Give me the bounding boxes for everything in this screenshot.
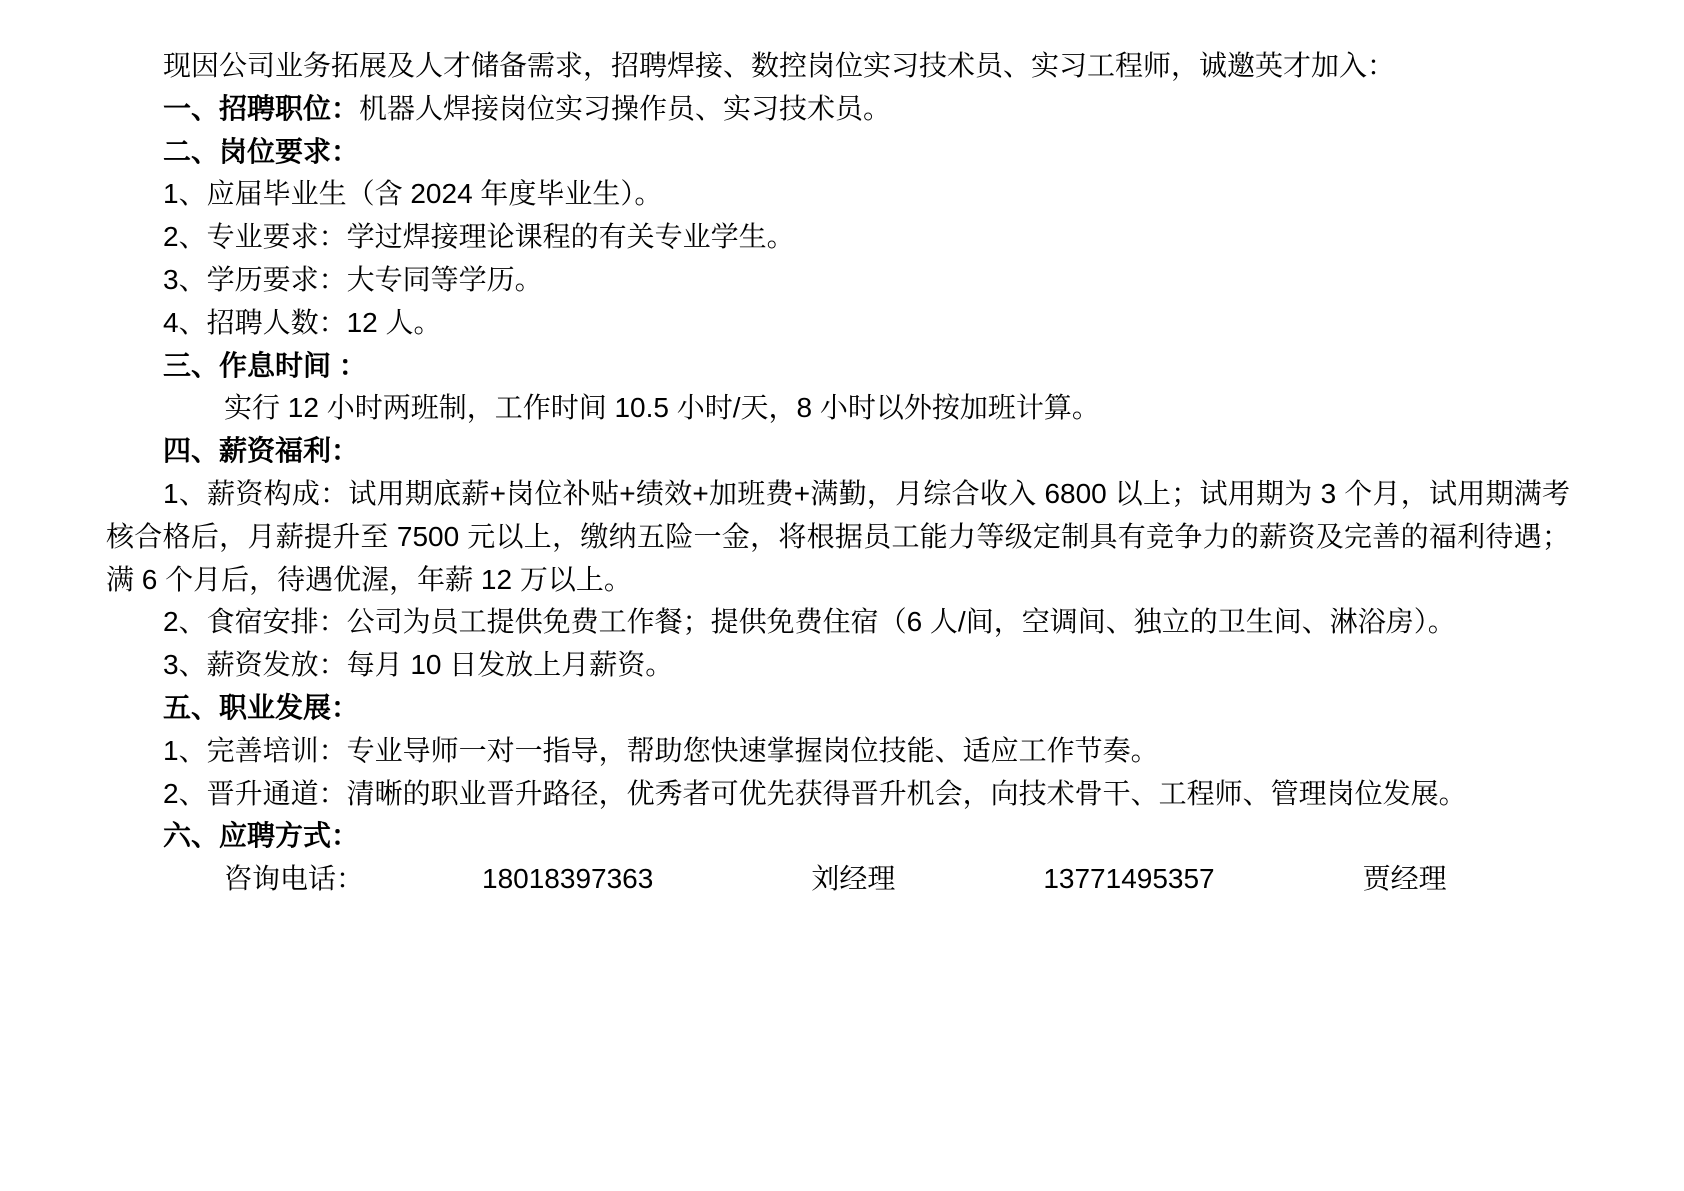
section-heading-career-development: 五、职业发展： [106, 687, 1570, 730]
contact-label: 咨询电话： [224, 863, 364, 894]
item-major-requirement: 2、专业要求：学过焊接理论课程的有关专业学生。 [106, 216, 1570, 259]
document-page: 现因公司业务拓展及人才储备需求，招聘焊接、数控岗位实习技术员、实习工程师，诚邀英… [0, 0, 1684, 1191]
item-headcount: 4、招聘人数：12 人。 [106, 302, 1570, 345]
item-training: 1、完善培训：专业导师一对一指导，帮助您快速掌握岗位技能、适应工作节奏。 [106, 730, 1570, 773]
item-room-and-board: 2、食宿安排：公司为员工提供免费工作餐；提供免费住宿（6 人/间，空调间、独立的… [106, 601, 1570, 644]
section-heading-work-schedule: 三、作息时间 ： [106, 345, 1570, 388]
item-salary-payment: 3、薪资发放：每月 10 日发放上月薪资。 [106, 644, 1570, 687]
contact-name-1: 刘经理 [693, 858, 895, 901]
contact-name-2: 贾经理 [1245, 858, 1447, 901]
item-promotion-channel: 2、晋升通道：清晰的职业晋升路径，优秀者可优先获得晋升机会，向技术骨干、工程师、… [106, 773, 1570, 816]
contact-line: 咨询电话：18018397363刘经理13771495357贾经理 [106, 858, 1570, 901]
section-heading-recruit-position: 一、招聘职位：机器人焊接岗位实习操作员、实习技术员。 [106, 88, 1570, 131]
work-schedule-detail: 实行 12 小时两班制，工作时间 10.5 小时/天，8 小时以外按加班计算。 [106, 387, 1570, 430]
item-salary-structure: 1、薪资构成：试用期底薪+岗位补贴+绩效+加班费+满勤，月综合收入 6800 以… [106, 473, 1570, 601]
contact-phone-1: 18018397363 [364, 858, 653, 901]
item-fresh-graduates: 1、应届毕业生（含 2024 年度毕业生）。 [106, 173, 1570, 216]
section-heading-salary-benefits: 四、薪资福利： [106, 430, 1570, 473]
contact-phone-2: 13771495357 [925, 858, 1214, 901]
heading-label: 一、招聘职位： [163, 93, 359, 124]
recruit-position-text: 机器人焊接岗位实习操作员、实习技术员。 [359, 93, 891, 124]
item-education-requirement: 3、学历要求：大专同等学历。 [106, 259, 1570, 302]
intro-paragraph: 现因公司业务拓展及人才储备需求，招聘焊接、数控岗位实习技术员、实习工程师，诚邀英… [106, 45, 1570, 88]
section-heading-application-method: 六、应聘方式： [106, 815, 1570, 858]
section-heading-job-requirements: 二、岗位要求： [106, 131, 1570, 174]
